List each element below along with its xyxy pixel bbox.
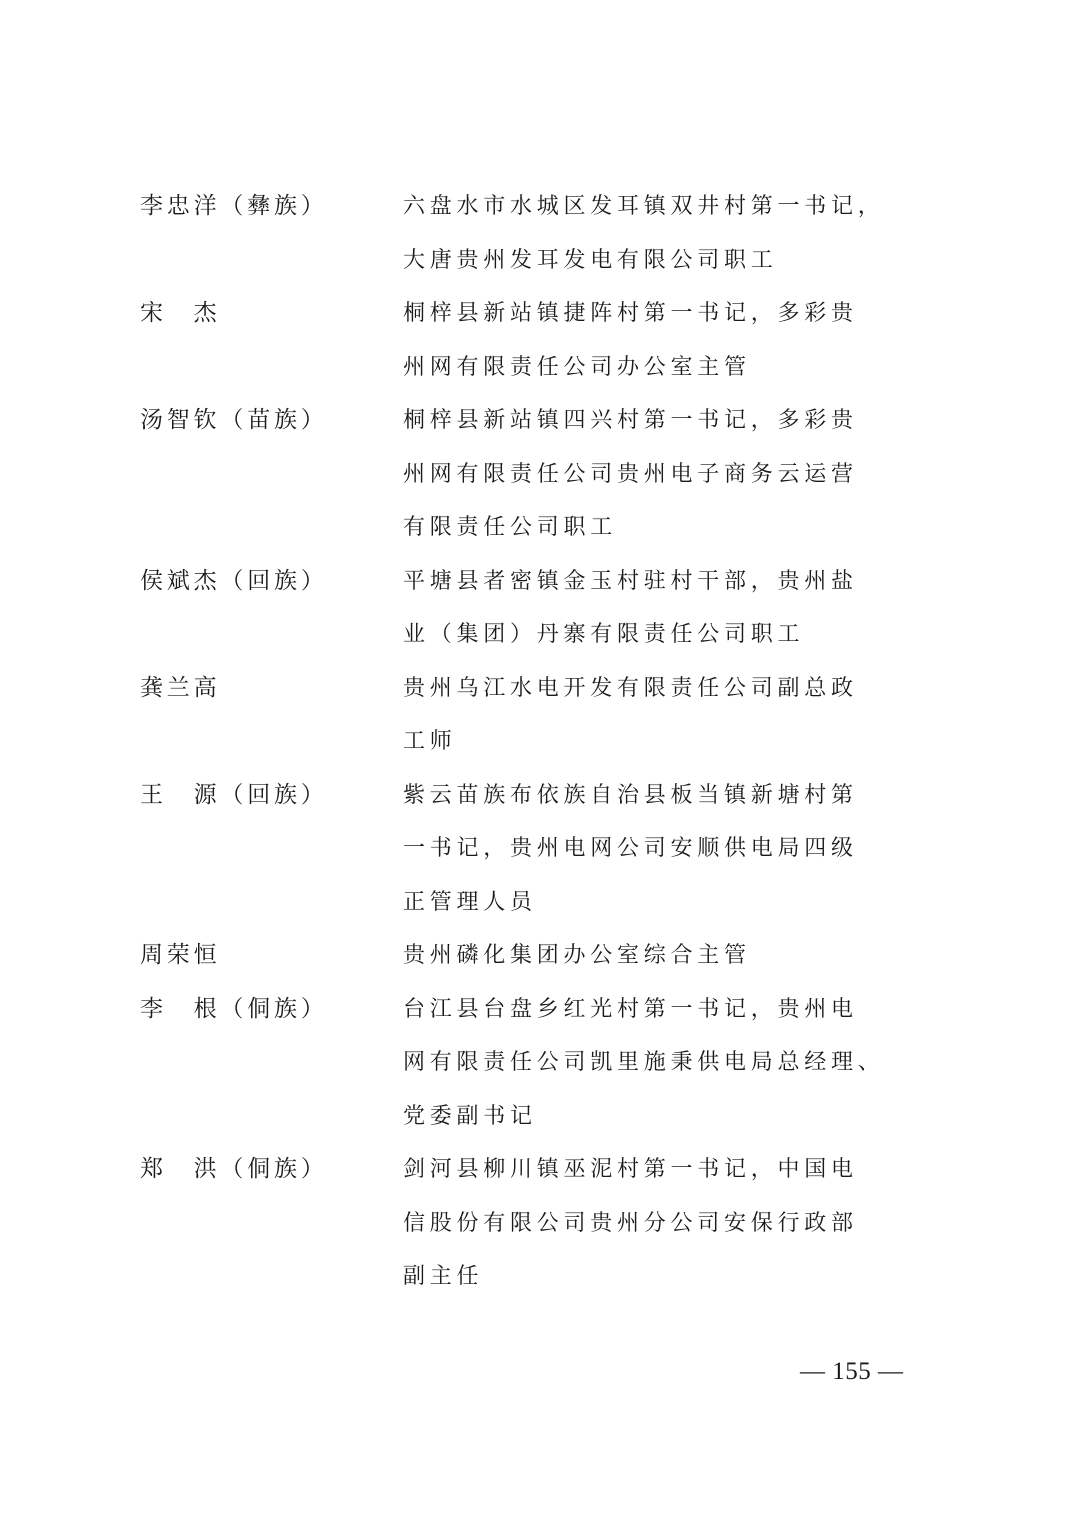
description-line: 有限责任公司职工 xyxy=(403,501,963,555)
person-description: 六盘水市水城区发耳镇双井村第一书记， 大唐贵州发耳发电有限公司职工 xyxy=(403,180,963,287)
person-description: 台江县台盘乡红光村第一书记，贵州电 网有限责任公司凯里施秉供电局总经理、 党委副… xyxy=(403,983,963,1144)
description-line: 大唐贵州发耳发电有限公司职工 xyxy=(403,234,963,288)
description-line: 网有限责任公司凯里施秉供电局总经理、 xyxy=(403,1036,963,1090)
description-line: 业（集团）丹寨有限责任公司职工 xyxy=(403,608,963,662)
person-name: 周荣恒 xyxy=(140,929,403,983)
list-item: 王 源（回族） 紫云苗族布依族自治县板当镇新塘村第 一书记，贵州电网公司安顺供电… xyxy=(140,769,960,930)
person-name: 宋 杰 xyxy=(140,287,403,394)
description-line: 六盘水市水城区发耳镇双井村第一书记， xyxy=(403,180,963,234)
list-item: 李 根（侗族） 台江县台盘乡红光村第一书记，贵州电 网有限责任公司凯里施秉供电局… xyxy=(140,983,960,1144)
person-description: 紫云苗族布依族自治县板当镇新塘村第 一书记，贵州电网公司安顺供电局四级 正管理人… xyxy=(403,769,963,930)
description-line: 剑河县柳川镇巫泥村第一书记，中国电 xyxy=(403,1143,963,1197)
document-page: 李忠洋（彝族） 六盘水市水城区发耳镇双井村第一书记， 大唐贵州发耳发电有限公司职… xyxy=(0,0,1080,1527)
list-item: 宋 杰 桐梓县新站镇捷阵村第一书记，多彩贵 州网有限责任公司办公室主管 xyxy=(140,287,960,394)
description-line: 信股份有限公司贵州分公司安保行政部 xyxy=(403,1197,963,1251)
description-line: 工师 xyxy=(403,715,963,769)
description-line: 平塘县者密镇金玉村驻村干部，贵州盐 xyxy=(403,555,963,609)
person-name: 汤智钦（苗族） xyxy=(140,394,403,555)
list-item: 龚兰高 贵州乌江水电开发有限责任公司副总政 工师 xyxy=(140,662,960,769)
description-line: 正管理人员 xyxy=(403,876,963,930)
person-name: 侯斌杰（回族） xyxy=(140,555,403,662)
list-item: 侯斌杰（回族） 平塘县者密镇金玉村驻村干部，贵州盐 业（集团）丹寨有限责任公司职… xyxy=(140,555,960,662)
description-line: 党委副书记 xyxy=(403,1090,963,1144)
list-item: 李忠洋（彝族） 六盘水市水城区发耳镇双井村第一书记， 大唐贵州发耳发电有限公司职… xyxy=(140,180,960,287)
description-line: 贵州乌江水电开发有限责任公司副总政 xyxy=(403,662,963,716)
person-description: 剑河县柳川镇巫泥村第一书记，中国电 信股份有限公司贵州分公司安保行政部 副主任 xyxy=(403,1143,963,1304)
description-line: 桐梓县新站镇四兴村第一书记，多彩贵 xyxy=(403,394,963,448)
description-line: 台江县台盘乡红光村第一书记，贵州电 xyxy=(403,983,963,1037)
person-description: 平塘县者密镇金玉村驻村干部，贵州盐 业（集团）丹寨有限责任公司职工 xyxy=(403,555,963,662)
description-line: 贵州磷化集团办公室综合主管 xyxy=(403,929,963,983)
description-line: 桐梓县新站镇捷阵村第一书记，多彩贵 xyxy=(403,287,963,341)
description-line: 一书记，贵州电网公司安顺供电局四级 xyxy=(403,822,963,876)
person-name: 李忠洋（彝族） xyxy=(140,180,403,287)
person-description: 贵州磷化集团办公室综合主管 xyxy=(403,929,963,983)
list-item: 汤智钦（苗族） 桐梓县新站镇四兴村第一书记，多彩贵 州网有限责任公司贵州电子商务… xyxy=(140,394,960,555)
list-item: 郑 洪（侗族） 剑河县柳川镇巫泥村第一书记，中国电 信股份有限公司贵州分公司安保… xyxy=(140,1143,960,1304)
page-number: — 155 — xyxy=(800,1358,904,1386)
person-name: 李 根（侗族） xyxy=(140,983,403,1144)
person-name: 郑 洪（侗族） xyxy=(140,1143,403,1304)
description-line: 州网有限责任公司办公室主管 xyxy=(403,341,963,395)
person-description: 桐梓县新站镇捷阵村第一书记，多彩贵 州网有限责任公司办公室主管 xyxy=(403,287,963,394)
person-description: 贵州乌江水电开发有限责任公司副总政 工师 xyxy=(403,662,963,769)
person-name: 王 源（回族） xyxy=(140,769,403,930)
list-item: 周荣恒 贵州磷化集团办公室综合主管 xyxy=(140,929,960,983)
person-name: 龚兰高 xyxy=(140,662,403,769)
personnel-list: 李忠洋（彝族） 六盘水市水城区发耳镇双井村第一书记， 大唐贵州发耳发电有限公司职… xyxy=(140,180,960,1304)
description-line: 州网有限责任公司贵州电子商务云运营 xyxy=(403,448,963,502)
description-line: 副主任 xyxy=(403,1250,963,1304)
person-description: 桐梓县新站镇四兴村第一书记，多彩贵 州网有限责任公司贵州电子商务云运营 有限责任… xyxy=(403,394,963,555)
description-line: 紫云苗族布依族自治县板当镇新塘村第 xyxy=(403,769,963,823)
